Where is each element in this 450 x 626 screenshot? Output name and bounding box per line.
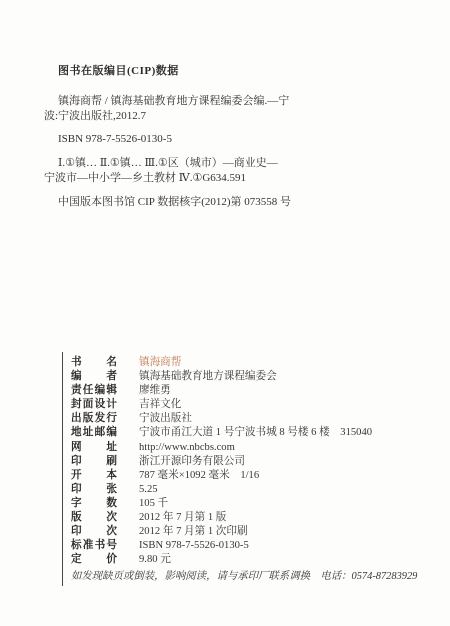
- colophon-row-label: 封面设计: [71, 398, 117, 412]
- colophon-row: 字 数105 千: [71, 497, 419, 511]
- colophon-row-value: 浙江开源印务有限公司: [139, 456, 245, 467]
- colophon-row-label: 定 价: [71, 553, 117, 567]
- colophon-row: 印 张5.25: [71, 483, 419, 497]
- colophon-row-value: 2012 年 7 月第 1 次印刷: [139, 526, 248, 537]
- reprint-note: 如发现缺页或倒装，影响阅读，请与承印厂联系调换 电话：0574-87283929: [71, 570, 419, 584]
- colophon-row-value: 5.25: [139, 484, 158, 495]
- cip-record-number: 中国版本图书馆 CIP 数据核字(2012)第 073558 号: [44, 195, 412, 210]
- colophon-row-value: http://www.nbcbs.com: [139, 442, 235, 453]
- colophon-row-label: 网 址: [71, 441, 117, 455]
- colophon-row-label: 印 张: [71, 483, 117, 497]
- cip-isbn: ISBN 978-7-5526-0130-5: [44, 132, 412, 147]
- cip-catalog-entry: 镇海商帮 / 镇海基础教育地方课程编委会编.—宁 波:宁波出版社,2012.7: [44, 94, 412, 124]
- cip-entry-line2: 波:宁波出版社,2012.7: [44, 109, 412, 124]
- colophon-row: 网 址http://www.nbcbs.com: [71, 441, 419, 455]
- colophon-row: 标准书号ISBN 978-7-5526-0130-5: [71, 539, 419, 553]
- colophon-row: 印 次2012 年 7 月第 1 次印刷: [71, 525, 419, 539]
- colophon-row-label: 责任编辑: [71, 384, 117, 398]
- colophon-row-label: 版 次: [71, 511, 117, 525]
- colophon-row-label: 编 者: [71, 370, 117, 384]
- cip-heading: 图书在版编目(CIP)数据: [44, 64, 412, 79]
- colophon-row-value: 镇海基础教育地方课程编委会: [139, 371, 277, 382]
- cip-entry-line1: 镇海商帮 / 镇海基础教育地方课程编委会编.—宁: [44, 94, 412, 109]
- cip-class-line1: Ⅰ.①镇… Ⅱ.①镇… Ⅲ.①区（城市）—商业史—: [44, 156, 412, 171]
- colophon-row-value: ISBN 978-7-5526-0130-5: [139, 540, 249, 551]
- cip-class-line2: 宁波市—中小学—乡土教材 Ⅳ.①G634.591: [44, 171, 412, 186]
- colophon-row-value: 镇海商帮: [139, 357, 181, 368]
- colophon-row: 地址邮编宁波市甬江大道 1 号宁波书城 8 号楼 6 楼 315040: [71, 426, 419, 440]
- colophon-row-value: 宁波市甬江大道 1 号宁波书城 8 号楼 6 楼 315040: [139, 427, 372, 438]
- colophon-row-value: 9.80 元: [139, 554, 171, 565]
- colophon-row-value: 787 毫米×1092 毫米 1/16: [139, 470, 259, 481]
- colophon-row: 编 者镇海基础教育地方课程编委会: [71, 370, 419, 384]
- colophon-row: 印 刷浙江开源印务有限公司: [71, 455, 419, 469]
- colophon-row: 开 本787 毫米×1092 毫米 1/16: [71, 469, 419, 483]
- colophon-row-label: 标准书号: [71, 539, 117, 553]
- colophon-table: 书 名镇海商帮编 者镇海基础教育地方课程编委会责任编辑廖维勇封面设计吉祥文化出版…: [62, 352, 419, 586]
- colophon-row: 出版发行宁波出版社: [71, 412, 419, 426]
- colophon-row-label: 字 数: [71, 497, 117, 511]
- colophon-row: 定 价9.80 元: [71, 553, 419, 567]
- colophon-row-label: 印 刷: [71, 455, 117, 469]
- colophon-row-value: 吉祥文化: [139, 399, 181, 410]
- colophon-row-value: 廖维勇: [139, 385, 171, 396]
- colophon-row-label: 开 本: [71, 469, 117, 483]
- colophon-row-label: 书 名: [71, 356, 117, 370]
- colophon-row: 书 名镇海商帮: [71, 356, 419, 370]
- colophon-rows: 书 名镇海商帮编 者镇海基础教育地方课程编委会责任编辑廖维勇封面设计吉祥文化出版…: [71, 356, 419, 567]
- colophon-row-value: 2012 年 7 月第 1 版: [139, 512, 226, 523]
- colophon-row-label: 地址邮编: [71, 426, 117, 440]
- colophon-row: 封面设计吉祥文化: [71, 398, 419, 412]
- colophon-row-value: 宁波出版社: [139, 413, 192, 424]
- colophon-row-label: 出版发行: [71, 412, 117, 426]
- cip-data-block: 图书在版编目(CIP)数据 镇海商帮 / 镇海基础教育地方课程编委会编.—宁 波…: [44, 64, 412, 210]
- colophon-row-value: 105 千: [139, 498, 168, 509]
- colophon-row: 责任编辑廖维勇: [71, 384, 419, 398]
- colophon-row: 版 次2012 年 7 月第 1 版: [71, 511, 419, 525]
- colophon-row-label: 印 次: [71, 525, 117, 539]
- cip-classification: Ⅰ.①镇… Ⅱ.①镇… Ⅲ.①区（城市）—商业史— 宁波市—中小学—乡土教材 Ⅳ…: [44, 156, 412, 186]
